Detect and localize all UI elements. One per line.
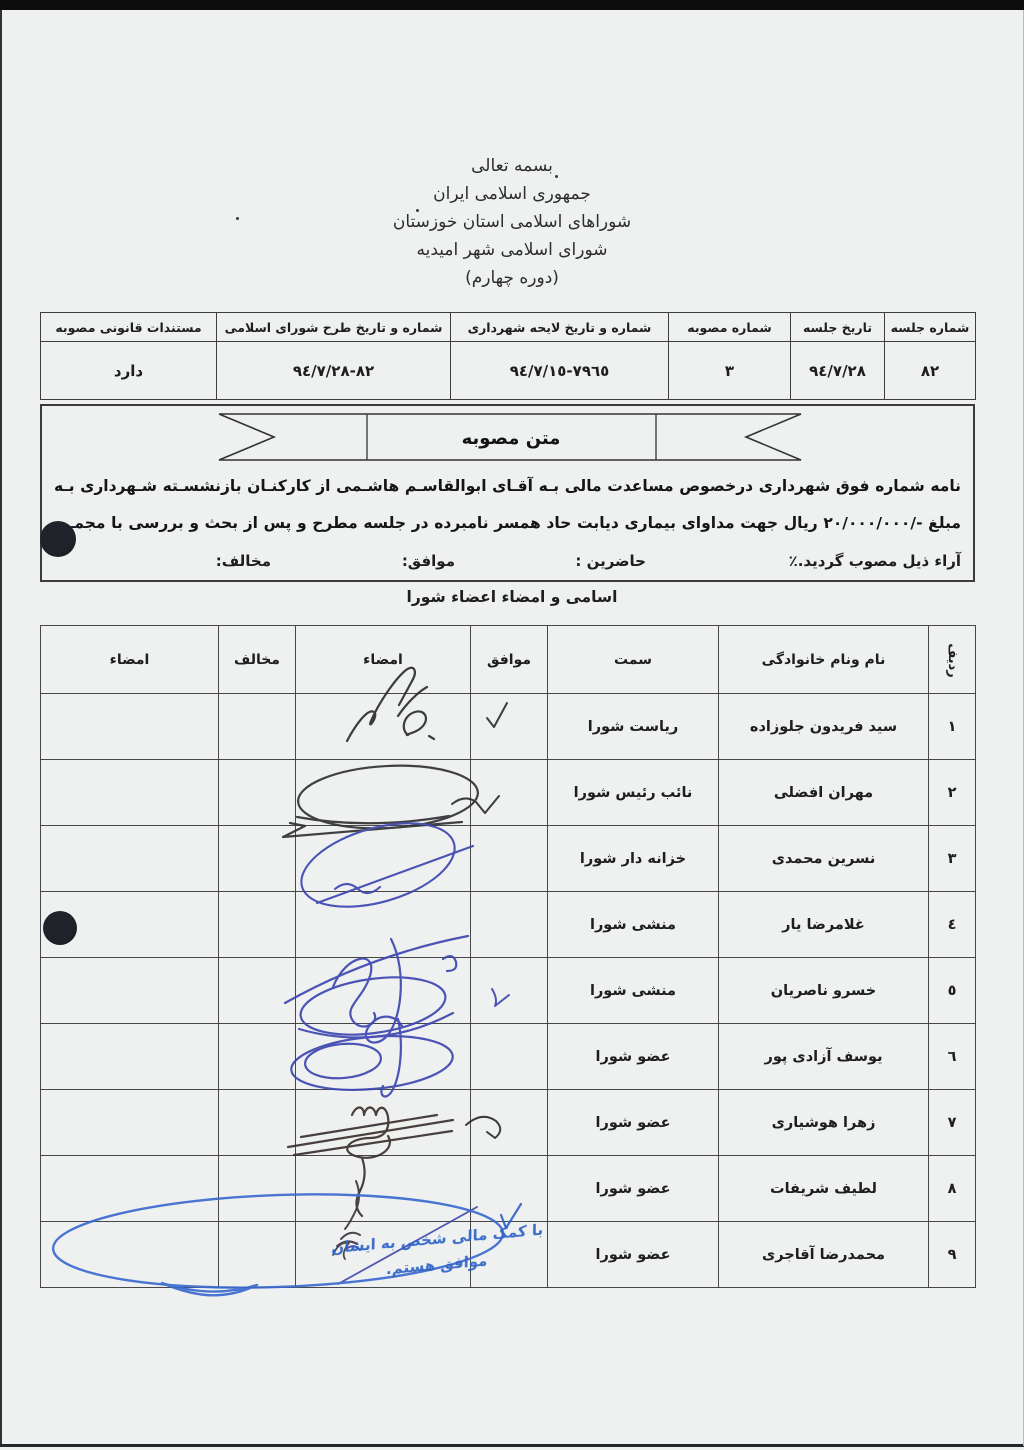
oppose-cell [219,760,296,826]
sig-cell [41,1090,219,1156]
resolution-line-2: مبلغ -/٢٠/٠٠٠/٠٠٠ ریال جهت مداوای بیماری… [54,505,961,542]
member-name: لطیف شریفات [719,1156,929,1222]
member-role: منشی شورا [548,892,719,958]
row-no: ٩ [929,1222,976,1288]
votes-approved-label: آراء ذیل مصوب گردید.٪ [789,552,961,570]
scan-edge-top [0,0,1024,10]
sig-cell [296,1090,471,1156]
sig-cell [41,826,219,892]
resolution-box: متن مصوبه نامه شماره فوق شهرداری درخصوص … [40,404,975,582]
sig-cell [296,958,471,1024]
member-name: سید فریدون جلوزاده [719,694,929,760]
scan-edge-bottom [0,1444,1024,1447]
meta-col-bill-no-date: شماره و تاریخ لایحه شهرداری [451,313,669,342]
sig-cell [41,1024,219,1090]
member-row: ٣ نسرین محمدی خزانه دار شورا [41,826,976,892]
member-name: نسرین محمدی [719,826,929,892]
member-row: ٦ یوسف آزادی پور عضو شورا [41,1024,976,1090]
oppose-cell [219,1156,296,1222]
member-row: ٢ مهران افضلی نائب رئیس شورا [41,760,976,826]
term-line: (دوره چهارم) [0,264,1024,292]
row-no: ٥ [929,958,976,1024]
row-no: ٨ [929,1156,976,1222]
sig-cell [296,826,471,892]
oppose-cell [219,958,296,1024]
member-name: مهران افضلی [719,760,929,826]
oppose-cell [219,1090,296,1156]
members-header-row: ردیف نام ونام خانوادگی سمت موافق امضاء م… [41,626,976,694]
agree-cell [471,760,548,826]
sig-cell [296,1156,471,1222]
oppose-cell [219,694,296,760]
member-role: عضو شورا [548,1222,719,1288]
meta-col-plan-no-date: شماره و تاریخ طرح شورای اسلامی [217,313,451,342]
sig-cell [41,760,219,826]
meta-table: شماره جلسه تاریخ جلسه شماره مصوبه شماره … [40,312,976,400]
bill-no-date-value: ٩٤/٧/١٥-٧٩٦٥ [451,342,669,400]
col-full-name: نام ونام خانوادگی [719,626,929,694]
row-no: ٢ [929,760,976,826]
member-name: خسرو ناصریان [719,958,929,1024]
plan-no-date-value: ٩٤/٧/٢٨-٨٢ [217,342,451,400]
sig-cell [296,1024,471,1090]
member-role: عضو شورا [548,1090,719,1156]
resolution-line-1: نامه شماره فوق شهرداری درخصوص مساعدت مال… [54,468,961,505]
sig-cell [296,892,471,958]
member-name: زهرا هوشیاری [719,1090,929,1156]
oppose-cell [219,1222,296,1288]
province-councils-line: شوراهای اسلامی استان خوزستان [0,208,1024,236]
member-role: منشی شورا [548,958,719,1024]
member-row: ٨ لطیف شریفات عضو شورا [41,1156,976,1222]
col-signature-oppose: امضاء [41,626,219,694]
meta-header-row: شماره جلسه تاریخ جلسه شماره مصوبه شماره … [41,313,976,342]
member-role: ریاست شورا [548,694,719,760]
members-table: ردیف نام ونام خانوادگی سمت موافق امضاء م… [40,625,976,1288]
hole-punch-bottom [43,911,77,945]
meta-col-resolution-no: شماره مصوبه [669,313,791,342]
member-name: یوسف آزادی پور [719,1024,929,1090]
sig-cell [296,694,471,760]
oppose-cell [219,826,296,892]
legal-docs-value: دارد [41,342,217,400]
letterhead: بسمه تعالی جمهوری اسلامی ایران شوراهای ا… [0,152,1024,292]
oppose-label: مخالف: [216,552,271,570]
agree-label: موافق: [402,552,455,570]
agree-cell [471,1024,548,1090]
agree-cell [471,1156,548,1222]
row-no: ١ [929,694,976,760]
member-row: ٧ زهرا هوشیاری عضو شورا [41,1090,976,1156]
session-date-value: ٩٤/٧/٢٨ [791,342,885,400]
resolution-text: نامه شماره فوق شهرداری درخصوص مساعدت مال… [54,468,961,542]
votes-line: آراء ذیل مصوب گردید.٪ حاضرین : موافق: مخ… [42,552,973,582]
member-row: ٤ غلامرضا یار منشی شورا [41,892,976,958]
sig-cell [41,958,219,1024]
member-name: غلامرضا یار [719,892,929,958]
meta-col-session-date: تاریخ جلسه [791,313,885,342]
hole-punch-top [40,521,76,557]
member-role: عضو شورا [548,1156,719,1222]
agree-cell [471,958,548,1024]
row-no: ٤ [929,892,976,958]
row-no: ٧ [929,1090,976,1156]
agree-cell [471,826,548,892]
row-no: ٦ [929,1024,976,1090]
row-no: ٣ [929,826,976,892]
besmele-line: بسمه تعالی [0,152,1024,180]
sig-cell [296,760,471,826]
col-signature-agree: امضاء [296,626,471,694]
col-oppose: مخالف [219,626,296,694]
session-no-value: ٨٢ [885,342,976,400]
sig-cell [41,1222,219,1288]
member-row: ١ سید فریدون جلوزاده ریاست شورا [41,694,976,760]
member-row: ٥ خسرو ناصریان منشی شورا [41,958,976,1024]
member-role: خزانه دار شورا [548,826,719,892]
agree-cell [471,694,548,760]
sig-cell [41,1156,219,1222]
meta-col-legal-docs: مستندات قانونی مصوبه [41,313,217,342]
banner-title: متن مصوبه [462,428,561,449]
member-role: نائب رئیس شورا [548,760,719,826]
member-role: عضو شورا [548,1024,719,1090]
col-agree: موافق [471,626,548,694]
oppose-cell [219,1024,296,1090]
col-position: سمت [548,626,719,694]
meta-col-session-no: شماره جلسه [885,313,976,342]
agree-cell [471,1090,548,1156]
meta-values-row: ٨٢ ٩٤/٧/٢٨ ٣ ٩٤/٧/١٥-٧٩٦٥ ٩٤/٧/٢٨-٨٢ دار… [41,342,976,400]
scanned-document-page: بسمه تعالی جمهوری اسلامی ایران شوراهای ا… [0,0,1024,1450]
member-name: محمدرضا آقاجری [719,1222,929,1288]
sig-cell [41,694,219,760]
resolution-no-value: ٣ [669,342,791,400]
agree-cell [471,892,548,958]
republic-line: جمهوری اسلامی ایران [0,180,1024,208]
members-section-title: اسامی و امضاء اعضاء شورا [0,588,1024,606]
oppose-cell [219,892,296,958]
city-council-line: شورای اسلامی شهر امیدیه [0,236,1024,264]
present-label: حاضرین : [575,552,646,570]
col-row-no: ردیف [929,626,976,694]
resolution-banner-ribbon: متن مصوبه [218,412,802,462]
